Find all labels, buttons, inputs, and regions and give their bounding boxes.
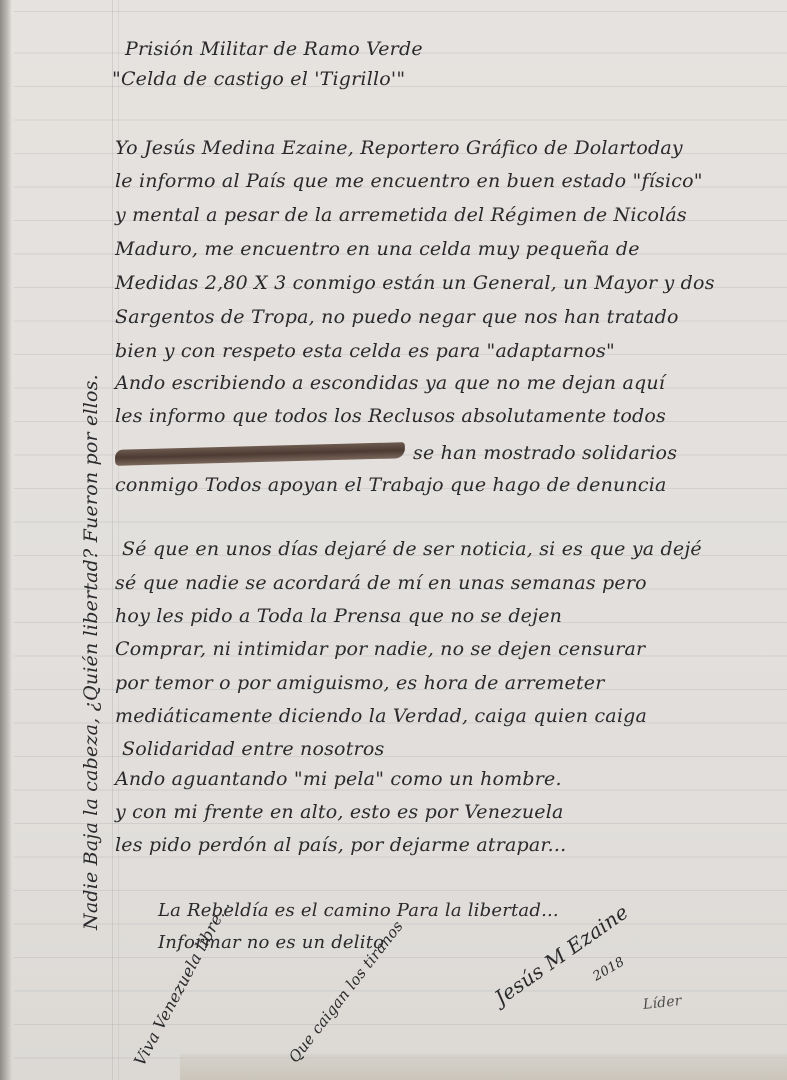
header-line-2: "Celda de castigo el 'Tigrillo'" <box>112 68 405 90</box>
paragraph2-line: mediáticamente diciendo la Verdad, caiga… <box>115 705 647 727</box>
paragraph1-line: bien y con respeto esta celda es para "a… <box>115 340 615 362</box>
paragraph2-line: hoy les pido a Toda la Prensa que no se … <box>115 605 562 627</box>
paragraph2-line: Ando aguantando "mi pela" como un hombre… <box>115 768 562 790</box>
paragraph2-line: les pido perdón al país, por dejarme atr… <box>115 834 566 856</box>
paragraph2-line: Sé que en unos días dejaré de ser notici… <box>122 538 702 560</box>
paragraph2-line: sé que nadie se acordará de mí en unas s… <box>115 572 647 594</box>
paragraph2-line: por temor o por amiguismo, es hora de ar… <box>115 672 605 694</box>
paragraph1-line: se han mostrado solidarios <box>413 442 677 464</box>
header-line-1: Prisión Militar de Ramo Verde <box>125 38 423 60</box>
margin-note: Nadie Baja la cabeza, ¿Quién libertad? F… <box>80 374 102 930</box>
paragraph1-line: Sargentos de Tropa, no puedo negar que n… <box>115 306 679 328</box>
paper-edge-shadow <box>0 0 12 1080</box>
margin-line <box>112 0 113 1080</box>
paragraph1-line: le informo al País que me encuentro en b… <box>115 170 703 192</box>
paragraph2-line: Comprar, ni intimidar por nadie, no se d… <box>115 638 645 660</box>
table-surface <box>180 1054 787 1080</box>
paragraph1-line: Medidas 2,80 X 3 conmigo están un Genera… <box>115 272 715 294</box>
redaction-scribble <box>115 442 405 466</box>
paragraph1-line: Ando escribiendo a escondidas ya que no … <box>115 372 665 394</box>
paragraph1-line: y mental a pesar de la arremetida del Ré… <box>115 204 687 226</box>
paragraph1-line: Maduro, me encuentro en una celda muy pe… <box>115 238 640 260</box>
redacted-line: se han mostrado solidarios <box>115 442 677 464</box>
paragraph1-line: Yo Jesús Medina Ezaine, Reportero Gráfic… <box>115 137 683 159</box>
paragraph1-line: conmigo Todos apoyan el Trabajo que hago… <box>115 474 667 496</box>
paragraph2-line: Solidaridad entre nosotros <box>122 738 384 760</box>
paragraph2-line: y con mi frente en alto, esto es por Ven… <box>115 801 564 823</box>
paragraph1-line: les informo que todos los Reclusos absol… <box>115 405 666 427</box>
notebook-paper: Prisión Militar de Ramo Verde "Celda de … <box>0 0 787 1080</box>
